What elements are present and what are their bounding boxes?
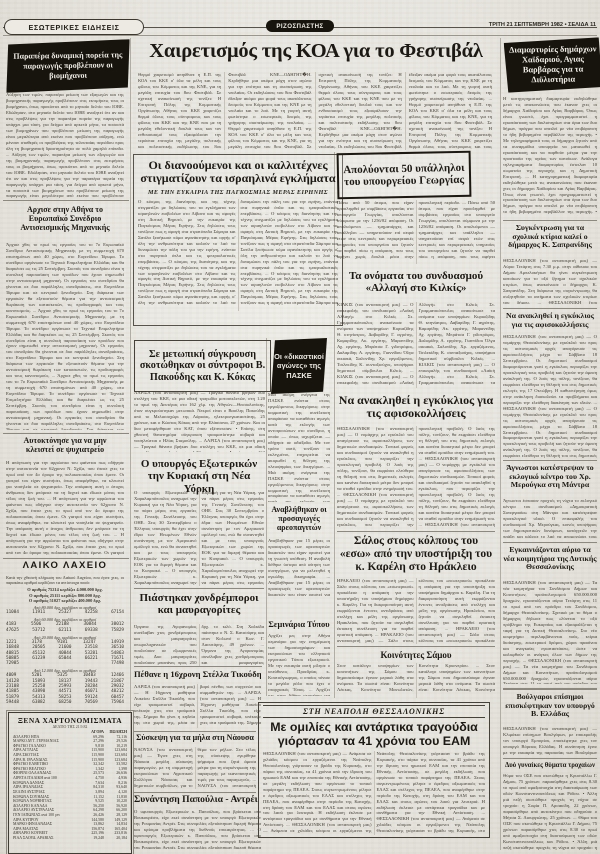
article-intellectuals-body: Ο κόσμος της διανόησης και της τέχνης στ… — [138, 199, 338, 311]
article-intellectuals-subhead: ΜΕ ΤΗΝ ΕΥΚΑΙΡΙΑ ΤΗΣ ΠΑΓΚΟΣΜΙΑΣ ΜΕΡΑΣ ΕΙΡ… — [138, 189, 338, 196]
lottery-number: 61239 — [32, 656, 45, 661]
article-refineries-body: Η κατηγορηματική διαμαρτυρία εκδηλώθηκε … — [503, 96, 597, 216]
article-intellectuals-box: Οι διανοούμενοι και οι καλλιτέχνες στιγμ… — [133, 154, 343, 326]
section-rule — [3, 200, 129, 201]
article-schools-body: ΘΕΣΣΑΛΟΝΙΚΗ (του ανταποκριτή μας) — Αύρι… — [503, 258, 597, 304]
section-rule — [134, 666, 262, 667]
article-crash-body: ΛΑΡΙΣΑ (του ανταποκριτή μας) — Τραγικό θ… — [134, 390, 265, 452]
section-rule — [134, 588, 264, 589]
article-posters-body: ΘΕΣΣΑΛΟΝΙΚΗ (του ανταποκριτή μας) — Ο νο… — [503, 334, 597, 458]
article-cemeteries-body: ΘΕΣΣΑΛΟΝΙΚΗ (του ανταποκριτή μας) — Τα ν… — [503, 580, 597, 684]
currency-subtitle: ΔΕΛΤΙΟ ΤΗΣ 21.9.82 — [13, 725, 127, 729]
lottery-number: 72985 — [6, 661, 19, 666]
currency-table: ΞΕΝΑ ΧΑΡΤΟΝΟΜΙΣΜΑΤΑ ΔΕΛΤΙΟ ΤΗΣ 21.9.82 Α… — [8, 712, 132, 854]
date-page-number: ΤΡΙΤΗ 21 ΣΕΠΤΕΜΒΡΗ 1982 • ΣΕΛΙΔΑ 11 — [414, 22, 596, 28]
article-paske-headline: Οι «δικαστικοί αγώνες» της ΠΑΣΚΕ — [274, 352, 324, 379]
article-naousa-headline: Σύσκεψη για τα μήλα στη Νάουσα — [134, 734, 256, 743]
currency-rows: ΑΓΟΡΑΠΩΛΗΣΗΔΟΛΑΡΙΟ ΗΠΑ69,29672,116ΜΑΡΚΟ … — [13, 730, 127, 841]
article-seismic-body: Άρχισε χθες το πρωί τις εργασίες του το … — [6, 242, 124, 430]
lottery-number: 63882 — [32, 700, 45, 705]
lottery-number: 67154 — [111, 610, 124, 615]
article-accidents-headline: Δυό γυναίκες θύματα τροχαίων — [503, 762, 597, 770]
article-eam-box: ΣΤΗ ΝΕΑΠΟΛΗ ΘΕΣΣΑΛΟΝΙΚΗΣ Με ομιλίες και … — [258, 702, 490, 838]
article-dismissals-headline: Απολύονται 50 υπάλληλοι του υπουργείου Γ… — [339, 161, 469, 188]
currency-title: ΞΕΝΑ ΧΑΡΤΟΝΟΜΙΣΜΑΤΑ — [13, 716, 127, 725]
article-posters-big-headline: Να ανακληθεί η εγκύκλιος για τις αφισοκο… — [337, 394, 495, 421]
article-vandals-body: Άγνωστοι έσπασαν προχτές τη νύχτα το εκλ… — [503, 498, 597, 538]
article-paske-box: Οι «δικαστικοί αγώνες» της ΠΑΣΚΕ — [271, 338, 327, 394]
article-suicide-body: Η απόγνωση για την αρρώστια του φαίνεται… — [6, 460, 124, 556]
header-rule-bottom — [3, 35, 597, 36]
lottery-number: 66221 — [85, 656, 98, 661]
article-festival-body: Θερμό χαιρετισμό απηύθυνε η Ε.Π. της ΚΟΑ… — [138, 72, 492, 150]
lottery-number: 25327 — [59, 610, 72, 615]
article-samos-body: Στον κατάλογο υποψηφίων των κοινοτήτων τ… — [337, 663, 495, 698]
section-rule — [134, 731, 256, 732]
lottery-number: 42258 — [85, 610, 98, 615]
article-foreign-minister-body: Ο υπουργός Εξωτερικών κ. Χαραλαμπόπουλος… — [134, 490, 264, 586]
currency-sell-value: 20,184 — [104, 836, 127, 841]
article-posters-big-body: ΘΕΣΣΑΛΟΝΙΚΗ (του ανταποκριτή μας) — Ο νο… — [337, 426, 495, 530]
lottery-number: 75964 — [111, 700, 124, 705]
article-refineries-headline: Διαμαρτυρίες δημάρχων Χαϊδαριού, Αγιας Β… — [507, 44, 600, 86]
lottery-number-row: 5944863882682507056975964 — [6, 700, 124, 705]
article-vandals-headline: Άγνωστοι κατέστρεψαν το εκλογικό κέντρο … — [503, 464, 597, 490]
article-naousa-body: ΝΑΟΥΣΑ (του ανταποκριτή μας) — Έγινε χτε… — [134, 747, 256, 789]
article-cemeteries-headline: Εγκαινιάζονται αύριο τα νέα κοιμητήρια τ… — [503, 546, 597, 572]
article-tikoudi-headline: Πέθανε η 16χρονη Στέλλα Τικούδη — [134, 670, 261, 680]
section-rule — [503, 308, 597, 309]
article-bulgarians-body: ΘΕΣΣΑΛΟΝΙΚΗ (του ανταποκριτή μας) — Κλιμ… — [503, 726, 597, 755]
article-karellis-body: ΗΡΑΚΛΕΙΟ (του ανταποκριτή μας) — Σάλο στ… — [337, 578, 495, 644]
lottery-number: 11084 — [6, 610, 19, 615]
article-refineries-box: Διαμαρτυρίες δημάρχων Χαϊδαριού, Αγιας Β… — [504, 37, 600, 92]
article-industry-body: Αύξηση των τιμών, παραπέρα μείωση των εξ… — [6, 92, 124, 198]
lottery-number: 68250 — [59, 700, 72, 705]
currency-buy-value: 19,248 — [81, 836, 104, 841]
article-eam-body: ΘΕΣΣΑΛΟΝΙΚΗ (του ανταποκριτή μας) — Ανάμ… — [263, 751, 485, 835]
section-rule — [3, 558, 129, 559]
masthead: ΡΙΖΟΣΠΑΣΤΗΣ — [266, 20, 334, 32]
lottery-top-prize: Ο αριθμός 51027 κερδίζει 400.000 δρχ. — [6, 598, 124, 604]
lottery-number: 11911 — [32, 610, 45, 615]
section-rule — [503, 758, 597, 759]
article-press-seminars-headline: Σεμινάρια Τύπου — [268, 620, 330, 629]
article-press-seminars-body: Αρχίζει μες στην Αθήνα σεμινάριο για την… — [268, 633, 330, 696]
article-eam-headline: Με ομιλίες και αντάρτικα τραγούδια γιόρτ… — [263, 721, 485, 749]
section-rule — [134, 792, 256, 793]
article-areopagites-headline: Αναβλήθηκαν οι προσαγωγές αρεοπαγιτών — [268, 506, 330, 533]
article-paske-body: Μιά ακόμη ενέργεια της ΠΑΣΚΕ ενάντια στο… — [268, 392, 330, 502]
article-industry-box: Παραπέρα δυναμική πορεία της παραγωγής π… — [6, 39, 131, 93]
article-suicide-headline: Αυτοκτόνησε για να μην κλειστεί σε ψυχια… — [12, 437, 118, 455]
article-dismissals-box: Απολύονται 50 υπάλληλοι του υπουργείου Γ… — [337, 151, 472, 200]
article-dismissals-body: Πάνω από 50 άτομα, που είχαν προσληφθεί … — [337, 200, 495, 264]
lottery-number: 53712 — [32, 628, 45, 633]
lottery-title: ΛΑΪΚΟ ΛΑΧΕΙΟ — [6, 561, 124, 572]
lottery-number: 59448 — [6, 700, 19, 705]
article-posters-headline: Να ανακληθεί η εγκύκλιος για τις αφισοκο… — [503, 312, 597, 329]
lottery-number: 65044 — [59, 656, 72, 661]
section-rule — [3, 433, 129, 434]
column-divider — [500, 38, 501, 850]
article-bulgarians-headline: Βούλγαροι επίσημοι επισκέφτηκαν τον υπου… — [503, 693, 597, 719]
lottery-number: 62111 — [59, 628, 72, 633]
section-rule — [337, 531, 495, 532]
article-industry-headline: Παραπέρα δυναμική πορεία της παραγωγής π… — [9, 51, 127, 82]
lottery-number: 75829 — [111, 628, 124, 633]
article-areopagites-body: Αναβλήθηκαν για 15 μέρες οι προσαγωγές τ… — [268, 538, 330, 596]
lottery-number-row: 7298577498 — [6, 661, 124, 666]
lottery-number: 77498 — [111, 661, 124, 666]
lottery-intro: Κατά την χθεσινή κλήρωση του Λαϊκού Λαχε… — [6, 575, 124, 586]
newspaper-page: ΕΣΩΤΕΡΙΚΕΣ ΕΙΔΗΣΕΙΣ ΡΙΖΟΣΠΑΣΤΗΣ ΤΡΙΤΗ 21… — [0, 0, 600, 854]
article-black-market-body: Όργανα της Αγορανομίας συνέλαβαν χτες χο… — [134, 624, 264, 666]
article-black-market-headline: Πιάστηκαν χονδρέμποροι και μαυραγορίτες — [134, 592, 264, 617]
article-accidents-body: Θύμα του ΟΣΕ που σκοτώθηκε η Κρυστάλλω Γ… — [503, 773, 597, 850]
article-samos-headline: Κοινότητες Σάμου — [337, 650, 495, 660]
article-festival-headline: Χαιρετισμός της ΚΟΑ για το Φεστιβάλ — [140, 40, 492, 63]
article-papoulias-headline: Συνάντηση Παπούλια - Αντρέι — [134, 795, 268, 806]
article-eam-kicker: ΣΤΗ ΝΕΑΠΟΛΗ ΘΕΣΣΑΛΟΝΙΚΗΣ — [263, 705, 485, 718]
article-crash-headline: Σε μετωπική σύγκρουση σκοτώθηκαν οι σύντ… — [137, 349, 268, 383]
section-rule — [503, 460, 597, 461]
section-rule — [337, 646, 495, 647]
article-schools-headline: Συγκέντρωση για τα σχολικά κτίρια καλεί … — [503, 224, 597, 250]
lottery-number: 69338 — [85, 628, 98, 633]
lottery-results: Κατά την χθεσινή κλήρωση του Λαϊκού Λαχε… — [6, 575, 124, 708]
article-seismic-headline: Αρχισε στην Αθήνα το Ευρωπαϊκό Συνέδριο … — [9, 206, 121, 233]
lottery-number: 70569 — [85, 700, 98, 705]
lottery-number-row: 1108411911253274225867154 — [6, 610, 124, 615]
section-rule-thick — [503, 688, 597, 690]
lottery-group-label: Από 8.000 δρχ. κερδίζουν οι αριθμοί — [6, 707, 124, 708]
article-intellectuals-headline: Οι διανοούμενοι και οι καλλιτέχνες στιγμ… — [138, 159, 338, 186]
article-tikoudi-body: ΛΑΡΙΣΑ (του ανταποκριτή μας) — Η 16χρονη… — [134, 684, 261, 728]
article-kilkis-headline: Τα ονόματα του συνδυασμού «Αλλαγή στο Κι… — [337, 270, 495, 295]
article-papoulias-body: Ο υφυπουργός Εξωτερικών κ. Παπούλιας, πο… — [134, 809, 261, 849]
section-rule — [503, 220, 597, 221]
article-karellis-headline: Σάλος στους κόλπους του «εσω» από την υπ… — [337, 535, 495, 574]
section-rule — [503, 542, 597, 543]
lottery-number: 47625 — [6, 628, 19, 633]
currency-name: ΡΙΑΛ ΣΑΟΥΔ. ΑΡΑΒΙΑΣ — [13, 836, 81, 841]
section-label: ΕΣΩΤΕΡΙΚΕΣ ΕΙΔΗΣΕΙΣ — [4, 19, 144, 35]
lottery-number-row: 4762553712621116933875829 — [6, 628, 124, 633]
article-kilkis-body: ΚΙΛΚΙΣ (του ανταποκριτή μας) — Ο επικεφα… — [337, 302, 495, 388]
article-crash-box: Σε μετωπική σύγκρουση σκοτώθηκαν οι σύντ… — [134, 340, 271, 392]
currency-row: ΡΙΑΛ ΣΑΟΥΔ. ΑΡΑΒΙΑΣ19,24820,184 — [13, 836, 127, 841]
